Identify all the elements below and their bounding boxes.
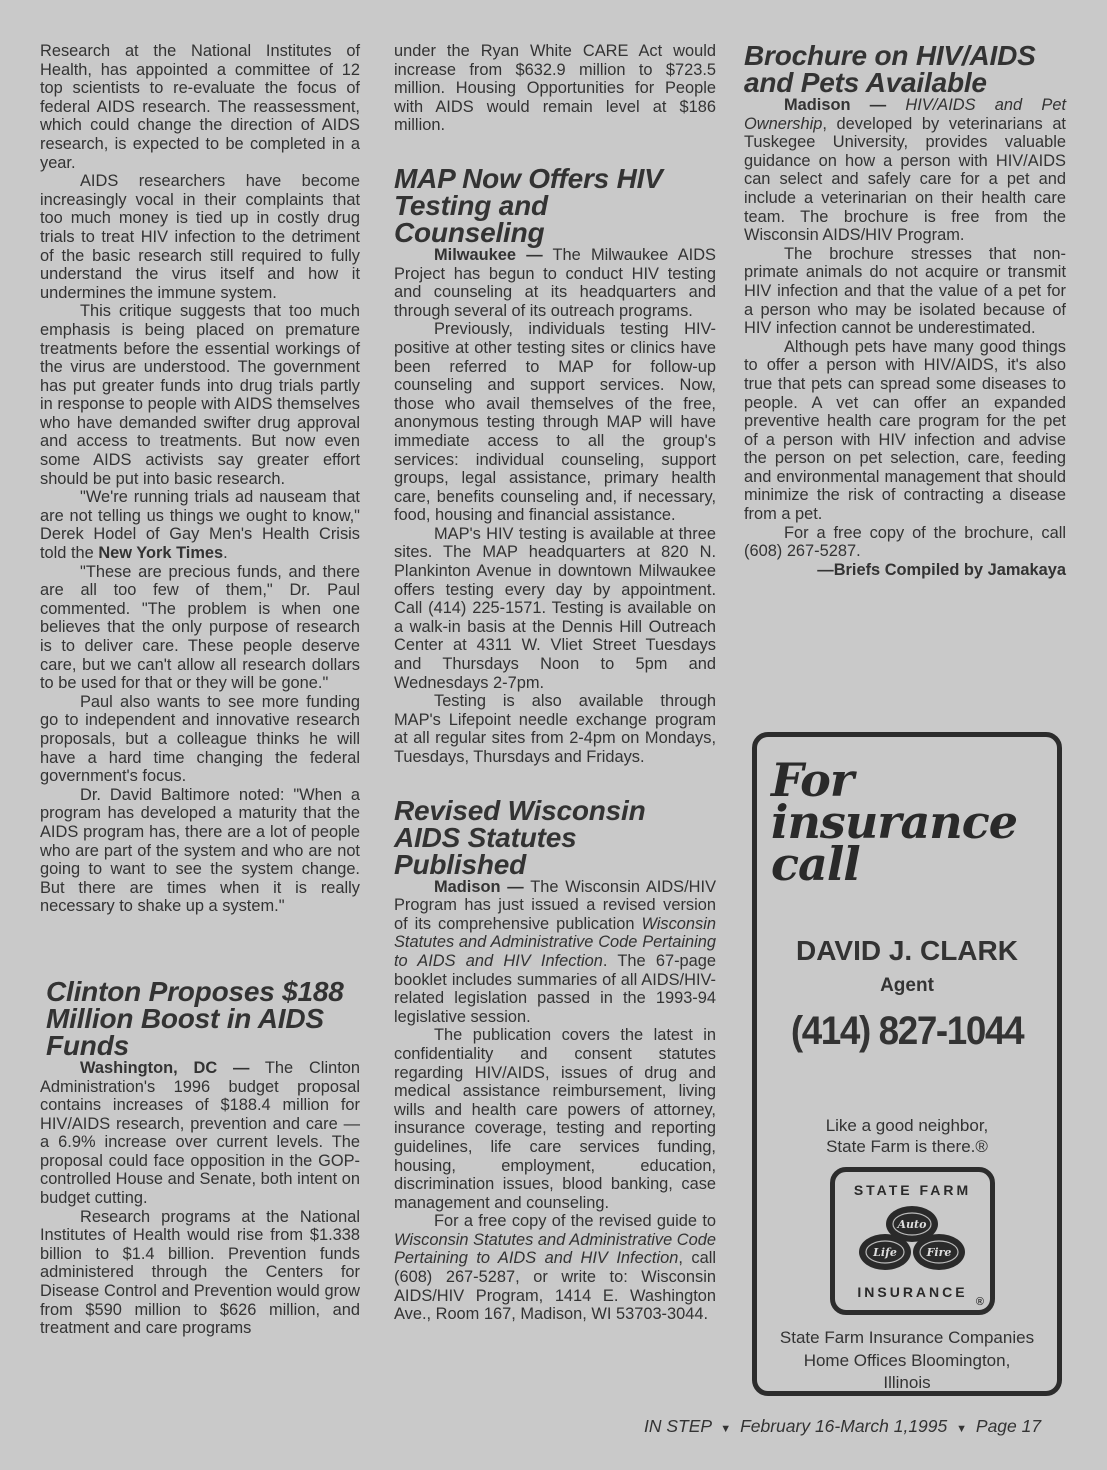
publication-name: IN STEP [644, 1416, 711, 1436]
article-paragraph: Dr. David Baltimore noted: "When a progr… [40, 786, 360, 916]
article-paragraph: Madison — The Wisconsin AIDS/HIV Program… [394, 878, 716, 1027]
ad-headline: For insurance call [771, 759, 1017, 885]
article-paragraph: Research programs at the National Instit… [40, 1208, 360, 1338]
agent-name: DAVID J. CLARK [757, 935, 1057, 967]
publication-name: New York Times [98, 544, 223, 562]
column-2: under the Ryan White CARE Act would incr… [394, 42, 716, 1324]
svg-text:Auto: Auto [897, 1218, 927, 1231]
article-paragraph: under the Ryan White CARE Act would incr… [394, 42, 716, 135]
column-1: Research at the National Institutes of H… [40, 42, 360, 1338]
insurance-advertisement: For insurance call DAVID J. CLARK Agent … [752, 732, 1062, 1396]
dateline: Washington, DC — [80, 1059, 249, 1077]
page-footer: IN STEP ▼ February 16-March 1,1995 ▼ Pag… [644, 1416, 1041, 1437]
state-farm-logo: STATE FARM Auto Life Fire INSURANCE ® [830, 1167, 995, 1315]
agent-phone: (414) 827-1044 [769, 1009, 1045, 1054]
article-paragraph: For a free copy of the brochure, call (6… [744, 524, 1066, 561]
byline: —Briefs Compiled by Jamakaya [744, 561, 1066, 580]
dateline: Madison — [784, 96, 886, 114]
headline-statutes: Revised Wisconsin AIDS Statutes Publishe… [394, 797, 674, 878]
page-number: Page 17 [976, 1416, 1041, 1436]
article-paragraph: Although pets have many good things to o… [744, 338, 1066, 524]
three-rings-icon: Auto Life Fire [855, 1202, 970, 1282]
article-paragraph: Previously, individuals testing HIV-posi… [394, 320, 716, 525]
logo-top-text: STATE FARM [835, 1182, 990, 1198]
article-paragraph: The publication covers the latest in con… [394, 1026, 716, 1212]
article-paragraph: This critique suggests that too much emp… [40, 302, 360, 488]
article-paragraph: Testing is also available through MAP's … [394, 692, 716, 766]
article-paragraph: Milwaukee — The Milwaukee AIDS Project h… [394, 246, 716, 320]
dateline: Milwaukee — [434, 246, 543, 264]
article-paragraph: Research at the National Institutes of H… [40, 42, 360, 172]
agent-title: Agent [757, 975, 1057, 997]
article-paragraph: For a free copy of the revised guide to … [394, 1212, 716, 1324]
article-paragraph: MAP's HIV testing is available at three … [394, 525, 716, 692]
triangle-separator-icon: ▼ [716, 1423, 735, 1435]
triangle-separator-icon: ▼ [952, 1423, 971, 1435]
issue-date: February 16-March 1,1995 [740, 1416, 947, 1436]
ad-slogan: Like a good neighbor, State Farm is ther… [757, 1115, 1057, 1157]
article-paragraph: Washington, DC — The Clinton Administrat… [40, 1059, 360, 1208]
article-paragraph: The brochure stresses that non-primate a… [744, 245, 1066, 338]
svg-text:Fire: Fire [926, 1246, 952, 1259]
publication-title: Wisconsin Statutes and Administrative Co… [394, 1231, 716, 1268]
headline-pets: Brochure on HIV/AIDS and Pets Available [744, 42, 1066, 96]
dateline: Madison — [434, 878, 524, 896]
company-info: State Farm Insurance Companies Home Offi… [757, 1327, 1057, 1395]
article-paragraph: Paul also wants to see more funding go t… [40, 693, 360, 786]
article-paragraph: "We're running trials ad nauseam that ar… [40, 488, 360, 562]
logo-bottom-text: INSURANCE [835, 1284, 990, 1300]
article-paragraph: Madison — HIV/AIDS and Pet Ownership, de… [744, 96, 1066, 245]
registered-mark: ® [976, 1296, 984, 1308]
article-paragraph: AIDS researchers have become increasingl… [40, 172, 360, 302]
column-3: Brochure on HIV/AIDS and Pets Available … [744, 42, 1066, 580]
article-paragraph: "These are precious funds, and there are… [40, 563, 360, 693]
headline-map: MAP Now Offers HIV Testing and Counselin… [394, 165, 694, 246]
headline-clinton: Clinton Proposes $188 Million Boost in A… [40, 978, 360, 1059]
svg-text:Life: Life [872, 1246, 897, 1259]
